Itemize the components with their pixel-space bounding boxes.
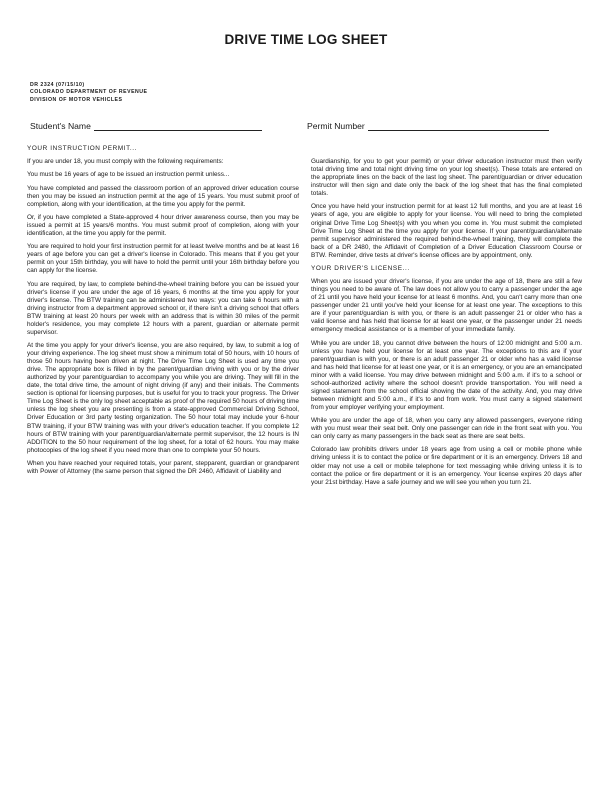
paragraph: While you are under the age of 18, when … [311, 417, 582, 441]
student-name-field[interactable]: Student's Name [30, 121, 262, 131]
paragraph: Once you have held your instruction perm… [311, 203, 582, 259]
paragraph: When you are issued your driver's licens… [311, 278, 582, 334]
paragraph: At the time you apply for your driver's … [27, 342, 299, 455]
page-title: DRIVE TIME LOG SHEET [0, 32, 612, 47]
left-column: YOUR INSTRUCTION PERMIT... If you are un… [27, 145, 299, 481]
paragraph: While you are under 18, you cannot drive… [311, 340, 582, 412]
permit-number-input[interactable] [368, 122, 549, 131]
student-name-label: Student's Name [30, 121, 91, 131]
paragraph: You are required to hold your first inst… [27, 243, 299, 275]
drivers-license-heading: YOUR DRIVER'S LICENSE... [311, 265, 582, 273]
paragraph: When you have reached your required tota… [27, 460, 299, 476]
paragraph: You have completed and passed the classr… [27, 185, 299, 209]
paragraph: Colorado law prohibits drivers under 18 … [311, 446, 582, 486]
paragraph: Guardianship, for you to get your permit… [311, 158, 582, 198]
instruction-permit-heading: YOUR INSTRUCTION PERMIT... [27, 145, 299, 153]
paragraph: If you are under 18, you must comply wit… [27, 158, 299, 166]
permit-number-field[interactable]: Permit Number [307, 121, 549, 131]
right-column: Guardianship, for you to get your permit… [311, 158, 582, 492]
paragraph: You must be 16 years of age to be issued… [27, 171, 299, 179]
student-name-input[interactable] [94, 122, 262, 131]
permit-number-label: Permit Number [307, 121, 365, 131]
department-name: COLORADO DEPARTMENT OF REVENUE [30, 89, 148, 96]
division-name: DIVISION OF MOTOR VEHICLES [30, 97, 148, 104]
form-number: DR 2324 (07/15/10) [30, 82, 148, 89]
paragraph: Or, if you have completed a State-approv… [27, 214, 299, 238]
paragraph: You are required, by law, to complete be… [27, 281, 299, 337]
form-meta: DR 2324 (07/15/10) COLORADO DEPARTMENT O… [30, 82, 148, 104]
